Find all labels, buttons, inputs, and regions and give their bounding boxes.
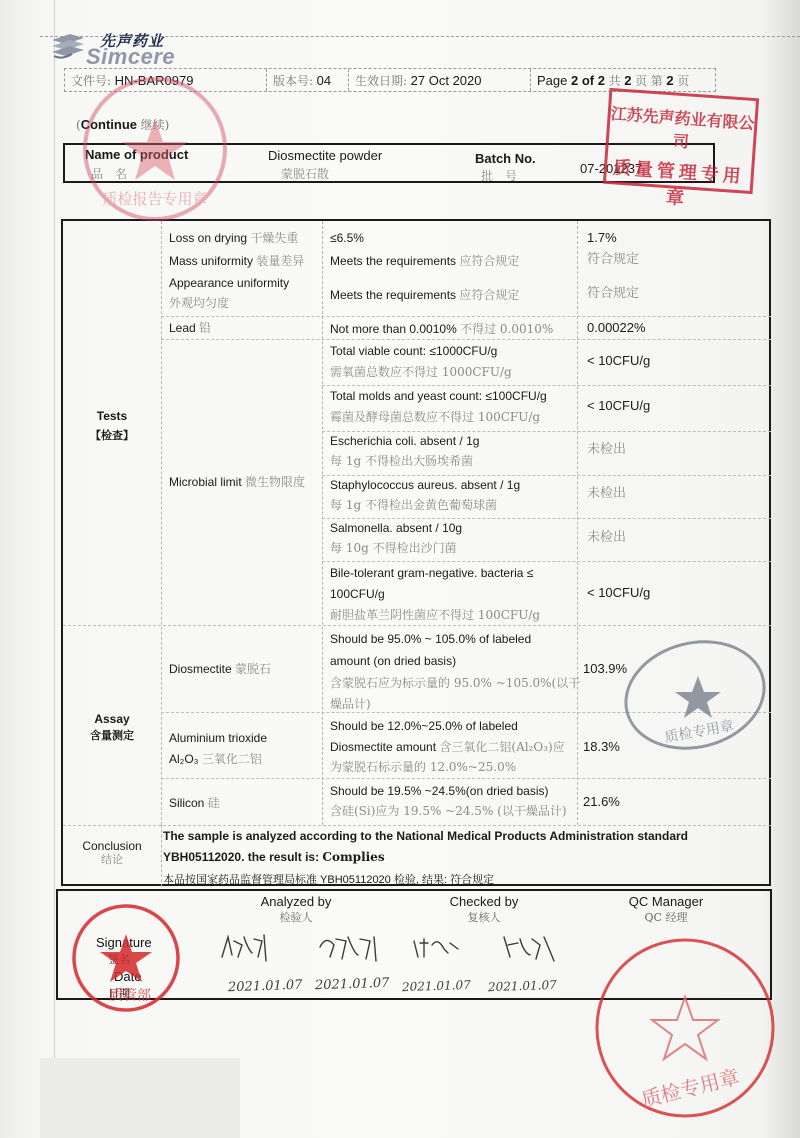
analyzed-date: 2021.01.07 <box>228 978 303 996</box>
column-divider <box>322 221 323 825</box>
batch-number: 07-201237 <box>580 161 642 176</box>
document-number: 文件号: HN-BAR0979 <box>65 69 267 91</box>
continue-label: (Continue 继续) <box>76 116 169 133</box>
checked-date: 2021.01.07 <box>402 978 471 994</box>
svg-text:质检报告专用章: 质检报告专用章 <box>102 190 207 208</box>
analyzed-date-2: 2021.01.07 <box>315 976 390 994</box>
document-page: 先声药业 Simcere 文件号: HN-BAR0979 版本号: 04 生效日… <box>0 0 800 1138</box>
checked-by-label: Checked by <box>414 895 554 909</box>
assay-section-label: Assay 含量测定 <box>67 709 157 743</box>
batch-number-label-cn: 批号 <box>481 167 529 184</box>
version-number: 版本号: 04 <box>267 69 349 91</box>
effective-date: 生效日期: 27 Oct 2020 <box>349 69 531 91</box>
product-name-label-cn: 品名 <box>91 165 139 182</box>
paper-fold-line <box>54 0 55 1138</box>
analyzed-by-label: Analyzed by <box>226 895 366 909</box>
column-divider <box>161 825 162 887</box>
column-divider <box>577 221 578 825</box>
signature-section: Analyzed by 检验人 Checked by 复核人 QC Manage… <box>56 889 772 1000</box>
column-divider <box>161 221 162 825</box>
checked-date-2: 2021.01.07 <box>488 978 557 994</box>
logo-english-text: Simcere <box>86 44 175 70</box>
microbial-limit-label: Microbial limit 微生物限度 <box>169 475 305 489</box>
product-name-label: Name of product <box>85 147 188 162</box>
page-indicator: Page 2 of 2 共 2 页 第 2 页 <box>531 69 715 91</box>
test-results-table: Tests 【检查】 Loss on drying 干燥失重 ≤6.5% 1.7… <box>61 219 771 886</box>
signature-row-label: Signature <box>96 935 152 950</box>
product-info-box: Name of product 品名 Diosmectite powder 蒙脱… <box>63 143 715 183</box>
tests-section-label: Tests 【检查】 <box>67 406 157 446</box>
qc-manager-label: QC Manager <box>596 895 736 909</box>
conclusion-section-label: Conclusion 结论 <box>67 839 157 867</box>
product-name-cn: 蒙脱石散 <box>281 165 329 182</box>
date-row-label: Date <box>114 969 141 984</box>
product-name: Diosmectite powder <box>268 148 382 163</box>
company-logo: 先声药业 Simcere <box>50 28 190 68</box>
document-info-row: 文件号: HN-BAR0979 版本号: 04 生效日期: 27 Oct 202… <box>64 68 716 92</box>
batch-number-label: Batch No. <box>475 151 536 166</box>
header-rule <box>40 36 800 37</box>
svg-text:质检专用章: 质检专用章 <box>639 1064 742 1111</box>
paper-fold-shadow <box>40 1058 240 1138</box>
handwritten-signatures <box>218 927 598 967</box>
